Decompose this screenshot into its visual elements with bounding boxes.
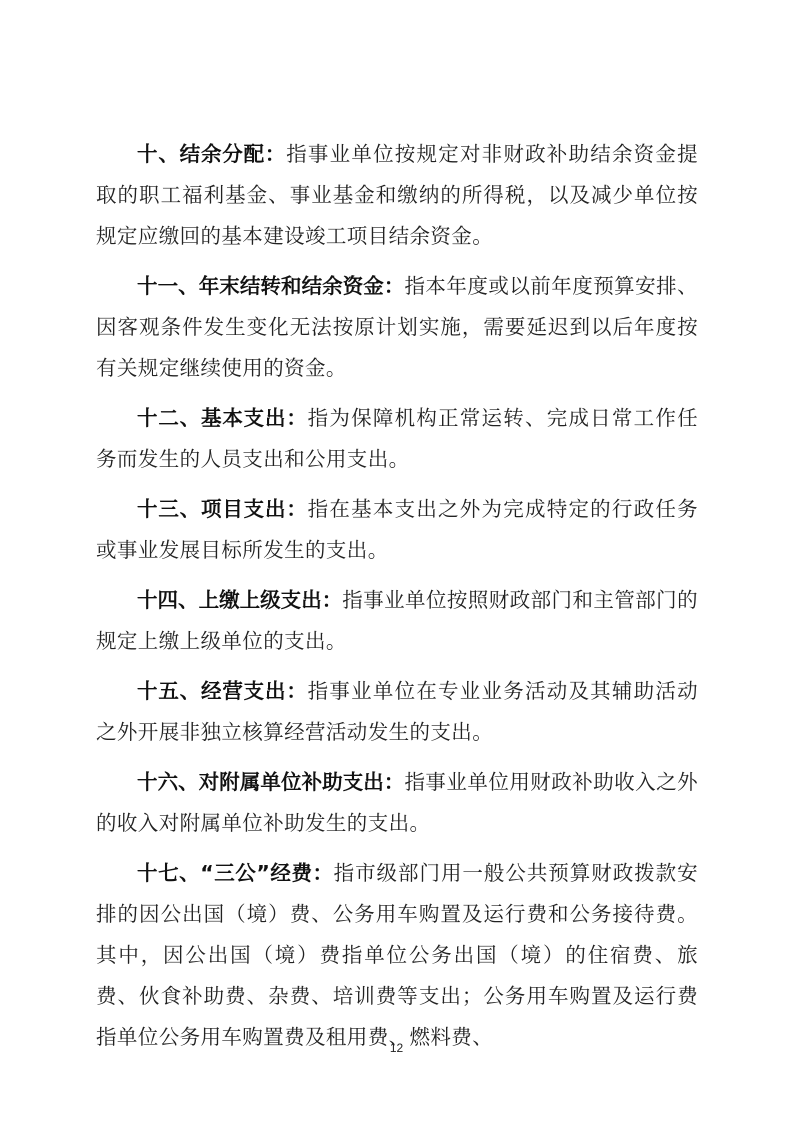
paragraph-surplus-distribution: 十、结余分配：指事业单位按规定对非财政补助结余资金提取的职工福利基金、事业基金和… xyxy=(96,134,698,257)
term-heading: 十二、基本支出： xyxy=(137,406,308,430)
term-heading: 十、结余分配： xyxy=(137,142,286,166)
term-heading: 十七、“三公”经费： xyxy=(137,861,334,885)
term-heading: 十四、上缴上级支出： xyxy=(137,588,342,612)
paragraph-subsidiary-subsidy: 十六、对附属单位补助支出：指事业单位用财政补助收入之外的收入对附属单位补助发生的… xyxy=(96,762,698,844)
definition-text: 指市级部门用一般公共预算财政拨款安排的因公出国（境）费、公务用车购置及运行费和公… xyxy=(96,861,698,1049)
document-page: 十、结余分配：指事业单位按规定对非财政补助结余资金提取的职工福利基金、事业基金和… xyxy=(96,134,698,1067)
page-number: 12 xyxy=(0,1041,793,1055)
term-heading: 十六、对附属单位补助支出： xyxy=(137,770,404,794)
term-heading: 十一、年末结转和结余资金： xyxy=(137,274,404,298)
term-heading: 十三、项目支出： xyxy=(137,497,308,521)
paragraph-year-end-carryover: 十一、年末结转和结余资金：指本年度或以前年度预算安排、因客观条件发生变化无法按原… xyxy=(96,266,698,389)
paragraph-three-public-expenses: 十七、“三公”经费：指市级部门用一般公共预算财政拨款安排的因公出国（境）费、公务… xyxy=(96,853,698,1058)
term-heading: 十五、经营支出： xyxy=(137,679,308,703)
paragraph-basic-expenditure: 十二、基本支出：指为保障机构正常运转、完成日常工作任务而发生的人员支出和公用支出… xyxy=(96,398,698,480)
paragraph-project-expenditure: 十三、项目支出：指在基本支出之外为完成特定的行政任务或事业发展目标所发生的支出。 xyxy=(96,489,698,571)
paragraph-remit-to-superior: 十四、上缴上级支出：指事业单位按照财政部门和主管部门的规定上缴上级单位的支出。 xyxy=(96,580,698,662)
paragraph-operating-expenditure: 十五、经营支出：指事业单位在专业业务活动及其辅助活动之外开展非独立核算经营活动发… xyxy=(96,671,698,753)
